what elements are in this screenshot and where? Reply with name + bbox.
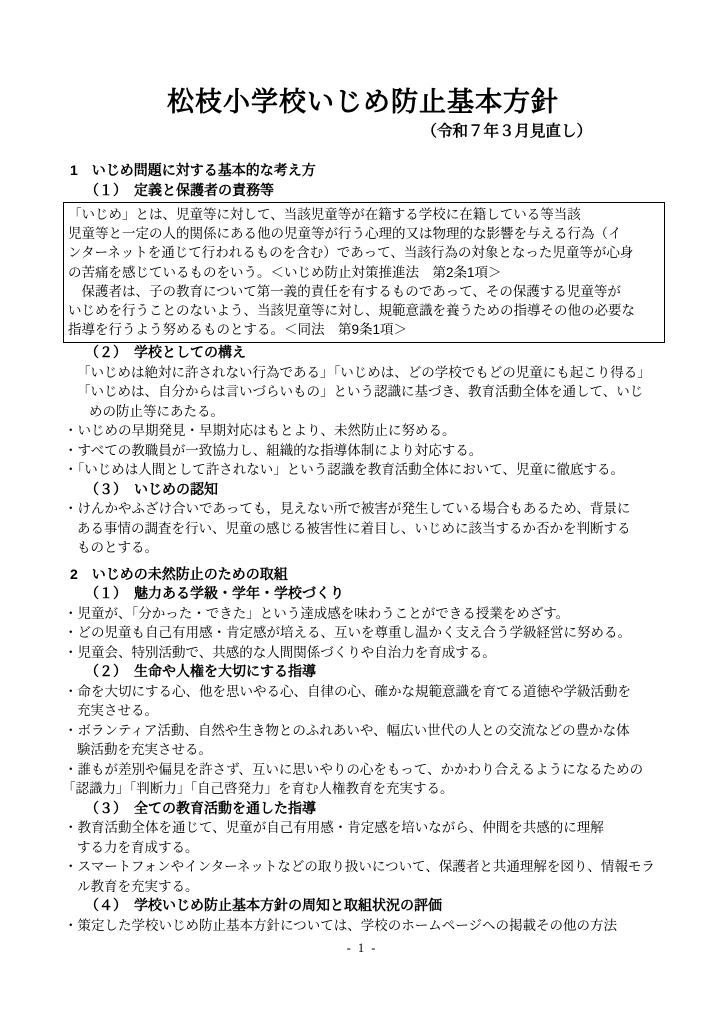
section-2-2-heading: （２） 生命や人権を大切にする指導 [62, 662, 664, 682]
law-box-line: いじめを行うことのないよう、当該児童等に対し、規範意識を養うための指導その他の必… [68, 301, 662, 320]
document-content: 松枝小学校いじめ防止基本方針 （令和７年３月見直し） 1 いじめ問題に対する基本… [62, 0, 664, 935]
bullet-line: ・「いじめは人間として許されない」という認識を教育活動全体において、児童に徹底す… [62, 460, 664, 480]
bullet-continuation-line: ものとする。 [62, 538, 664, 558]
page-number: - 1 - [0, 941, 724, 956]
bullet-line: ・いじめの早期発見・早期対応はもとより、未然防止に努める。 [62, 421, 664, 441]
law-box-line: 保護者は、子の教育について第一義的責任を有するものであって、その保護する児童等が [68, 282, 662, 301]
bullet-line: ・児童が、「分かった・できた」という達成感を味わうことができる授業をめざす。 [62, 604, 664, 624]
bullet-line: ・誰もが差別や偏見を許さず、互いに思いやりの心をもって、かかわり合えるようになる… [62, 760, 664, 780]
section-2-3-heading: （３） 全ての教育活動を通した指導 [62, 799, 664, 819]
bullet-continuation-line: ある事情の調査を行い、児童の感じる被害性に着目し、いじめに該当するか否かを判断す… [62, 519, 664, 539]
section-1-1-heading: （１） 定義と保護者の責務等 [62, 181, 664, 201]
bullet-continuation-line: ル教育を充実する。 [62, 877, 664, 897]
paragraph-line: めの防止等にあたる。 [62, 402, 664, 422]
revision-note: （令和７年３月見直し） [62, 122, 664, 142]
bullet-line: ・すべての教職員が一致協力し、組織的な指導体制により対応する。 [62, 441, 664, 461]
document-title: 松枝小学校いじめ防止基本方針 [62, 84, 664, 120]
section-1-2-heading: （２） 学校としての構え [62, 343, 664, 363]
section-1-3-heading: （３） いじめの認知 [62, 480, 664, 500]
paragraph-line: 「いじめは絶対に許されない行為である」「いじめは、どの学校でもどの児童にも起こり… [62, 363, 664, 383]
law-box-line: 「いじめ」とは、児童等に対して、当該児童等が在籍する学校に在籍している等当該 [68, 205, 662, 224]
bullet-continuation-line: 験活動を充実させる。 [62, 740, 664, 760]
bullet-line: ・どの児童も自己有用感・肯定感が培える、互いを尊重し温かく支え合う学級経営に努め… [62, 623, 664, 643]
law-box-line: 指導を行うよう努めるものとする。＜同法 第9条1項＞ [68, 320, 662, 339]
paragraph-line: 「いじめは、自分からは言いづらいもの」という認識に基づき、教育活動全体を通して、… [62, 382, 664, 402]
bullet-continuation-line: 「認識力」「判断力」「自己啓発力」を育む人権教育を充実する。 [62, 779, 664, 799]
bullet-line: ・教育活動全体を通じて、児童が自己有用感・肯定感を培いながら、仲間を共感的に理解 [62, 818, 664, 838]
bullet-line: ・けんかやふざけ合いであっても，見えない所で被害が発生している場合もあるため、背… [62, 499, 664, 519]
section-2-1-heading: （１） 魅力ある学級・学年・学校づくり [62, 584, 664, 604]
bullet-line: ・策定した学校いじめ防止基本方針については、学校のホームページへの掲載その他の方… [62, 916, 664, 936]
bullet-line: ・スマートフォンやインターネットなどの取り扱いについて、保護者と共通理解を図り、… [62, 857, 664, 877]
bullet-line: ・命を大切にする心、他を思いやる心、自律の心、確かな規範意識を育てる道徳や学級活… [62, 682, 664, 702]
law-box-line: ンターネットを通じて行われるものを含む）であって、当該行為の対象となった児童等が… [68, 243, 662, 262]
definition-law-box: 「いじめ」とは、児童等に対して、当該児童等が在籍する学校に在籍している等当該 児… [63, 202, 665, 343]
section-1-heading: 1 いじめ問題に対する基本的な考え方 [62, 161, 664, 181]
law-box-line: の苦痛を感じているものをいう。＜いじめ防止対策推進法 第2条1項＞ [68, 263, 662, 282]
section-2-4-heading: （４） 学校いじめ防止基本方針の周知と取組状況の評価 [62, 896, 664, 916]
bullet-continuation-line: 充実させる。 [62, 701, 664, 721]
document-page: 松枝小学校いじめ防止基本方針 （令和７年３月見直し） 1 いじめ問題に対する基本… [0, 0, 724, 1024]
section-2-heading: 2 いじめの未然防止のための取組 [62, 565, 664, 585]
bullet-line: ・ボランティア活動、自然や生き物とのふれあいや、幅広い世代の人との交流などの豊か… [62, 721, 664, 741]
bullet-continuation-line: する力を育成する。 [62, 838, 664, 858]
law-box-line: 児童等と一定の人的関係にある他の児童等が行う心理的又は物理的な影響を与える行為（… [68, 224, 662, 243]
bullet-line: ・児童会、特別活動で、共感的な人間関係づくりや自治力を育成する。 [62, 643, 664, 663]
